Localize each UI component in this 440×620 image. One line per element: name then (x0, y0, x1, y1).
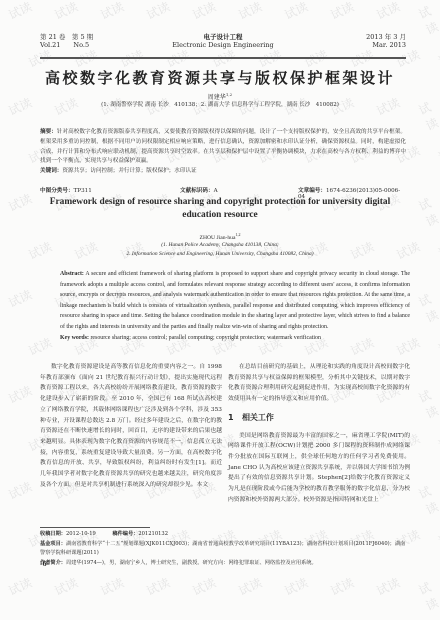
keywords-cn-label: 关键词： (40, 168, 62, 174)
doc-code-label: 文献标识码： (180, 188, 214, 194)
watermark-stamp: 试读 (144, 574, 173, 600)
watermark-stamp: 试读 (328, 574, 357, 600)
footnote: 收稿日期：2012-10-19 稿件编号：201210132 基金项目：湖南省教… (40, 530, 410, 568)
issue-date-cn: 2013 年 3 月 (366, 33, 406, 41)
journal-name-en: Electronic Design Engineering (40, 41, 406, 49)
intro-paragraph: 数字化教育资源建设是高等教育信息化的重要内容之一。自 1998 年教育部颁布《面… (40, 362, 222, 490)
watermark-stamp: 试读 (435, 433, 440, 469)
manuscript-label: 稿件编号： (112, 531, 138, 537)
keywords-en-label: Key words: (60, 335, 89, 341)
watermark-stamp: 试读 (416, 192, 440, 230)
paper-title-cn: 高校数字化教育资源共享与版权保护框架设计 (0, 67, 440, 88)
manuscript-number: 201210132 (138, 531, 168, 537)
watermark-stamp: 试读 (236, 0, 265, 23)
watermark-stamp: 试读 (6, 382, 35, 408)
watermark-stamp: 试读 (282, 0, 311, 23)
watermark-stamp: 试读 (190, 574, 219, 600)
watermark-stamp: 试读 (6, 478, 35, 504)
watermark-stamp: 试读 (144, 0, 173, 23)
doc-code-value: A (214, 188, 218, 194)
watermark-stamp: 试读 (416, 576, 440, 614)
author-intro-text: 周建华(1974—)，男，湖南宁乡人，博士研究生，副教授。研究方向：网络犯罪取证… (66, 560, 317, 566)
received-date: 2012-10-19 (66, 531, 96, 537)
affiliation-en-line-1: (1. Hunan Police Academy, Changsha 41013… (0, 241, 440, 250)
watermark-stamp: 试读 (416, 384, 440, 422)
page-number: -6- (40, 561, 49, 568)
clc-value: TP311 (74, 188, 92, 194)
fund-text: 湖南省教育科学“十二五”规划课题(XJK011CXJ003)；湖南省普通高校教学… (40, 541, 405, 557)
watermark-stamp: 试读 (282, 574, 311, 600)
affiliation-cn: (1. 湖南警察学院 湖南 长沙 410138；2. 湖南大学 信息科学与工程学… (0, 100, 440, 108)
watermark-stamp: 试读 (190, 0, 219, 23)
body-column-right: 在总结目前研究的基础上，从理论和实践的角度设计高校间数字化教育资源共享与权益保障… (228, 362, 410, 505)
section-heading: 1 相关工作 (228, 413, 410, 424)
abstract-cn-text: 针对高校数字化教育资源版泰共享程度高，又要使教育资源版权得以保障的问题，设计了一… (40, 129, 406, 164)
author-superscript-en: 1,2 (235, 232, 240, 237)
watermark-stamp: 试读 (26, 334, 55, 360)
journal-name-cn: 电子设计工程 (40, 33, 406, 41)
abstract-cn-label: 摘要： (40, 129, 57, 135)
watermark-stamp: 试读 (435, 145, 440, 181)
watermark-stamp: 试读 (6, 286, 35, 312)
intro-paragraph-cont: 在总结目前研究的基础上，从理论和实践的角度设计高校间数字化教育资源共享与权益保障… (228, 362, 410, 405)
watermark-stamp: 试读 (416, 288, 440, 326)
watermark-stamp: 试读 (328, 0, 357, 23)
abstract-en: Abstract: A secure and efficient framewo… (60, 269, 410, 343)
issue-date-en: Mar. 2013 (366, 41, 406, 49)
author-superscript: 1,2 (226, 92, 232, 97)
keywords-en-text: resource sharing; access control; parall… (90, 335, 320, 341)
watermark-stamp: 试读 (6, 574, 35, 600)
watermark-stamp: 试读 (435, 529, 440, 565)
watermark-stamp: 试读 (435, 337, 440, 373)
abstract-cn: 摘要：针对高校数字化教育资源版泰共享程度高，又要使教育资源版权得以保障的问题，设… (40, 128, 406, 177)
related-work-paragraph: 美国是网络教育资源最为丰富的国家之一，麻省理工学院(MIT)的网络课件开放工程(… (228, 431, 410, 506)
watermark-stamp: 试读 (6, 0, 35, 23)
affiliation-en: (1. Hunan Police Academy, Changsha 41013… (0, 241, 440, 259)
watermark-stamp: 试读 (52, 0, 81, 23)
received-label: 收稿日期： (40, 531, 66, 537)
affiliation-en-line-2: 2. Information Science and Engineering, … (0, 250, 440, 259)
watermark-stamp: 试读 (416, 0, 440, 38)
footnote-rule (40, 527, 150, 528)
watermark-stamp: 试读 (98, 0, 127, 23)
section-number: 1 (228, 413, 234, 422)
paper-title-en: Framework design of resource sharing and… (30, 196, 410, 222)
journal-header: 第 21 卷 第 5 期 Vol.21 No.5 电子设计工程 Electron… (40, 33, 406, 53)
watermark-stamp: 试读 (98, 574, 127, 600)
watermark-stamp: 试读 (374, 574, 403, 600)
author-en: ZHOU Jian-hua1,2 (0, 232, 440, 241)
keywords-cn-text: 资源共享；访问控制；并行计算；版权保护；水印认证 (62, 168, 196, 174)
watermark-stamp: 试读 (416, 480, 440, 518)
classification-meta: 中图分类号：TP311 文献标识码：A 文章编号：1674-6236(2013)… (40, 186, 406, 196)
watermark-stamp: 试读 (52, 574, 81, 600)
abstract-en-text: A secure and efficient framework of shar… (60, 271, 410, 330)
fund-label: 基金项目： (40, 541, 66, 547)
header-rule (40, 57, 406, 59)
issue-date: 2013 年 3 月 Mar. 2013 (366, 33, 406, 49)
abstract-en-label: Abstract: (60, 271, 84, 277)
watermark-stamp: 试读 (236, 574, 265, 600)
author-name-en: ZHOU Jian-hua (200, 235, 236, 241)
clc-label: 中图分类号： (40, 188, 74, 194)
watermark-stamp: 试读 (374, 0, 403, 23)
body-column-left: 数字化教育资源建设是高等教育信息化的重要内容之一。自 1998 年教育部颁布《面… (40, 362, 222, 490)
journal-name: 电子设计工程 Electronic Design Engineering (40, 33, 406, 49)
section-title: 相关工作 (242, 413, 274, 422)
